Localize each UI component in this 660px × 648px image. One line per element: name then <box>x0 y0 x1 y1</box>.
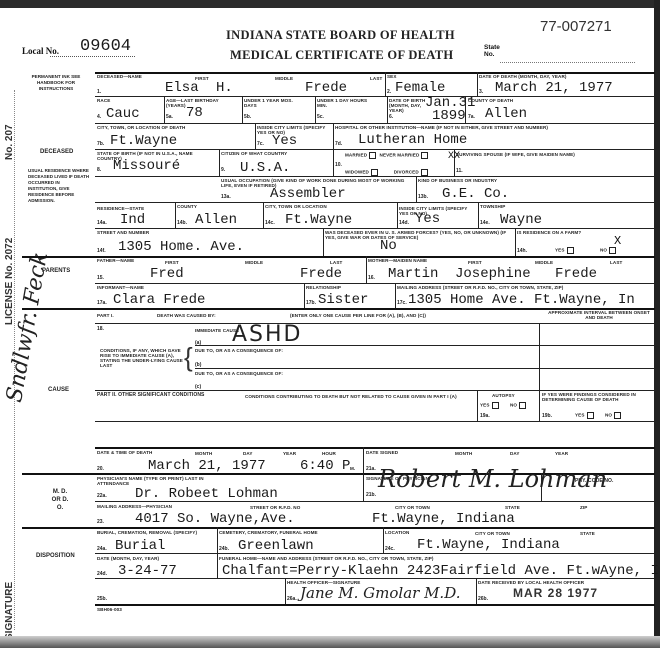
section-disposition: DISPOSITION <box>36 553 75 559</box>
field-num: 14h. <box>517 248 527 254</box>
margin-license: LICENSE No. 2072 <box>4 238 15 325</box>
hour-label: HOUR <box>322 451 336 456</box>
rule <box>22 527 655 529</box>
field-num: 14c. <box>265 220 275 226</box>
rule <box>95 390 655 391</box>
cemetery-label: CEMETERY, CREMATORY, FUNERAL HOME <box>219 530 318 535</box>
city-label: CITY, TOWN, OR LOCATION OF DEATH <box>97 125 185 130</box>
rule-v <box>164 96 165 123</box>
field-num: 7c. <box>257 141 264 147</box>
father-last: Frede <box>300 267 342 281</box>
field-num: 7d. <box>335 141 342 147</box>
res-state: Ind <box>120 213 145 227</box>
county-label: COUNTY OF DEATH <box>468 98 513 103</box>
sex: Female <box>395 81 445 95</box>
rule-v <box>387 96 388 123</box>
rule-v <box>175 202 176 228</box>
res-city: Ft.Wayne <box>285 213 352 227</box>
part1-label: PART I. <box>97 313 114 318</box>
farm-label: IS RESIDENCE ON A FARM? <box>517 230 581 235</box>
informant-label: INFORMANT—NAME <box>97 285 144 290</box>
rule-v <box>366 256 367 283</box>
rule-v <box>397 202 398 228</box>
title-line1: INDIANA STATE BOARD OF HEALTH <box>226 28 455 43</box>
instructions-note: PERMANENT INK SEE HANDBOOK FOR INSTRUCTI… <box>28 74 84 92</box>
section-md-do: M. D. OR D. O. <box>50 488 70 512</box>
caused-by-label: DEATH WAS CAUSED BY: <box>157 313 216 318</box>
location-label: LOCATION <box>385 530 409 535</box>
enter-one-label: (ENTER ONLY ONE CAUSE PER LINE FOR (a), … <box>290 313 426 318</box>
field-num: 4. <box>97 114 101 120</box>
field-num: 23. <box>97 519 104 525</box>
rule-v <box>477 390 478 421</box>
field-num: 14e. <box>480 220 490 226</box>
hospital: Lutheran Home <box>358 133 467 147</box>
field-num: 7a. <box>468 114 475 120</box>
field-num: 17b. <box>306 300 316 306</box>
field-num: 5b. <box>244 114 251 120</box>
rule <box>95 228 655 229</box>
interval-label: APPROXIMATE INTERVAL BETWEEN ONSET AND D… <box>545 310 653 320</box>
signed-day-label: DAY <box>510 451 520 456</box>
mother-label: MOTHER—MAIDEN NAME <box>368 258 427 263</box>
field-num: 14a. <box>97 220 107 226</box>
field-num: 1. <box>97 89 101 95</box>
date-time-label: DATE & TIME OF DEATH <box>97 450 152 455</box>
field-num: 8. <box>97 167 101 173</box>
burial-label: BURIAL, CREMATION, REMOVAL (SPECIFY) <box>97 530 207 535</box>
citizen: U.S.A. <box>240 161 290 175</box>
physician-city: Ft.Wayne, Indiana <box>372 512 515 526</box>
rule <box>95 283 655 284</box>
date-signed-label: DATE SIGNED <box>366 450 398 455</box>
due-to-label-a: DUE TO, OR AS A CONSEQUENCE OF: <box>195 348 283 353</box>
sex-label: SEX <box>387 74 397 79</box>
rule-v <box>315 96 316 123</box>
street-rfd-label: STREET OR R.F.D. NO <box>250 505 300 510</box>
field-num: 21a. <box>366 466 376 472</box>
field-num: 3. <box>479 89 483 95</box>
farm-mark: X <box>614 234 621 248</box>
margin-signature: SIGNATURE <box>4 582 15 640</box>
field-num: 26b. <box>478 596 488 602</box>
field-num: 24a. <box>97 546 107 552</box>
received-label: DATE RECEIVED BY LOCAL HEALTH OFFICER <box>478 580 584 585</box>
county-of-death: Allen <box>485 107 527 121</box>
local-no-line <box>50 56 135 58</box>
field-num: 11. <box>456 168 463 174</box>
field-num: (c) <box>195 384 201 390</box>
loc-city-label: CITY OR TOWN <box>475 531 510 536</box>
armed-label: WAS DECEASED EVER IN U. S. ARMED FORCES?… <box>325 230 513 240</box>
res-inside: Yes <box>415 212 440 226</box>
rule <box>95 96 655 97</box>
rule-v <box>385 72 386 96</box>
rule <box>95 149 655 150</box>
deceased-last: Frede <box>305 81 347 95</box>
middle-label: MIDDLE <box>275 76 293 81</box>
dob-label: DATE OF BIRTH (MONTH, DAY, YEAR) <box>389 98 427 113</box>
race-label: RACE <box>97 98 110 103</box>
part2-label: PART II. OTHER SIGNIFICANT CONDITIONS <box>97 393 205 398</box>
rule-v <box>395 283 396 308</box>
under-1day-label: UNDER 1 DAY HOURS MIN. <box>317 98 377 108</box>
father-middle-label: MIDDLE <box>245 260 263 265</box>
field-num: 20. <box>97 466 104 472</box>
rule <box>95 604 655 606</box>
father-last-label: LAST <box>330 260 342 265</box>
physician-name: Dr. Robeet Lohman <box>135 487 278 501</box>
deceased-middle: H. <box>216 81 233 95</box>
findings-yes[interactable]: YES <box>575 412 596 419</box>
father-first: Fred <box>150 267 184 281</box>
res-county: Allen <box>195 213 237 227</box>
business-label: KIND OF BUSINESS OR INDUSTRY <box>418 178 497 183</box>
findings-no[interactable]: NO <box>605 412 623 419</box>
rule-v <box>383 527 384 553</box>
field-num: 16. <box>368 275 375 281</box>
field-num: 26a. <box>287 596 297 602</box>
res-city-label: CITY, TOWN OR LOCATION <box>265 204 327 209</box>
relationship: Sister <box>318 293 368 307</box>
rule-v <box>539 323 540 390</box>
brace: { <box>184 344 193 370</box>
rule-v <box>333 123 334 150</box>
field-num: 6. <box>389 114 393 120</box>
rule-v <box>539 390 540 421</box>
rule <box>95 123 655 124</box>
local-no: 09604 <box>80 40 131 54</box>
phys-address-label: MAILING ADDRESS—PHYSICIAN <box>97 504 172 509</box>
funeral-home-label: FUNERAL HOME—NAME AND ADDRESS (STREET OR… <box>219 556 649 561</box>
field-num: (a) <box>195 340 201 346</box>
informant: Clara Frede <box>113 293 205 307</box>
zip-label: ZIP <box>580 505 587 510</box>
field-num: 14f. <box>97 248 106 254</box>
inside-city-limits: Yes <box>272 134 297 148</box>
phys-code-label: PHY. CODE NO. <box>575 479 614 484</box>
rule <box>95 421 655 422</box>
birth-state: Missouré <box>113 159 180 173</box>
field-num: 10. <box>335 162 342 168</box>
last-label: LAST <box>370 76 382 81</box>
field-num: 22a. <box>97 493 107 499</box>
rule <box>95 72 655 74</box>
field-num: 21b. <box>366 492 376 498</box>
name-label: DECEASED—NAME <box>97 74 142 79</box>
field-num: 13b. <box>418 194 428 200</box>
rule <box>95 447 655 449</box>
deceased-first: Elsa <box>165 81 199 95</box>
rule-v <box>333 149 334 176</box>
mother-last: Frede <box>555 267 597 281</box>
field-num: 5c. <box>317 114 324 120</box>
health-officer-signature: Jane M. Gmolar M.D. <box>300 584 460 602</box>
field-num: 15. <box>97 275 104 281</box>
disp-date: 3-24-77 <box>118 564 177 578</box>
state-no-label: State No. <box>484 44 504 58</box>
mother-middle: Josephine <box>455 267 531 281</box>
hour-of-death: 6:40 P <box>300 459 350 473</box>
rule-v <box>323 228 324 256</box>
date-of-death-label: DATE OF DEATH (MONTH, DAY, YEAR) <box>479 74 567 79</box>
field-num: 25b. <box>97 596 107 602</box>
under-1yr-label: UNDER 1 YEAR MOS. DAYS <box>244 98 304 108</box>
rule-v <box>263 202 264 228</box>
field-num: 9. <box>221 167 225 173</box>
rule <box>195 368 655 369</box>
farm-no[interactable]: NO <box>600 247 618 254</box>
spouse-label: SURVIVING SPOUSE (IF WIFE, GIVE MAIDEN N… <box>456 152 575 157</box>
rule-v <box>217 527 218 578</box>
mother-middle-label: MIDDLE <box>535 260 553 265</box>
mailing-label: MAILING ADDRESS (STREET OR R.F.D. NO., C… <box>397 285 563 290</box>
father-first-label: FIRST <box>165 260 179 265</box>
rule-v <box>515 228 516 256</box>
field-num: 13a. <box>221 194 231 200</box>
autopsy-no[interactable]: NO <box>510 402 528 409</box>
location: Ft.Wayne, Indiana <box>417 538 560 552</box>
part2-desc: CONDITIONS CONTRIBUTING TO DEATH BUT NOT… <box>245 394 470 399</box>
field-num: 17a. <box>97 300 107 306</box>
section-deceased: DECEASED <box>40 149 73 155</box>
field-num: 17c. <box>397 300 407 306</box>
loc-state-label: STATE <box>580 531 595 536</box>
rule-v <box>478 202 479 228</box>
business: G.E. Co. <box>442 187 509 201</box>
scan-top-edge <box>0 0 660 8</box>
field-num: (b) <box>195 362 201 368</box>
field-num: 14b. <box>177 220 187 226</box>
township-label: TOWNSHIP <box>480 204 505 209</box>
date-of-death: March 21, 1977 <box>495 81 613 95</box>
disp-date-label: DATE (MONTH, DAY, YEAR) <box>97 556 159 561</box>
day-label: DAY <box>243 451 253 456</box>
burial: Burial <box>115 539 165 553</box>
rule-v <box>416 176 417 202</box>
occupation: Assembler <box>270 187 346 201</box>
hour-suffix: M. <box>350 466 355 471</box>
margin-no: No. 207 <box>4 124 15 160</box>
section-cause: CAUSE <box>48 387 69 393</box>
race: Cauc <box>106 107 140 121</box>
cemetery: Greenlawn <box>238 539 314 553</box>
physician-signature: Robert M. Lohman <box>378 465 607 493</box>
rule-v <box>219 149 220 176</box>
marital-widowed[interactable]: WIDOWED DIVORCED <box>345 169 430 176</box>
city-of-death: Ft.Wayne <box>110 134 177 148</box>
relationship-label: RELATIONSHIP <box>306 285 341 290</box>
month-label: MONTH <box>195 451 212 456</box>
rule <box>95 323 655 324</box>
rule-v <box>363 447 364 501</box>
farm-yes[interactable]: YES <box>555 247 576 254</box>
title-line2: MEDICAL CERTIFICATE OF DEATH <box>230 48 453 63</box>
signed-year-label: YEAR <box>555 451 568 456</box>
field-num: 7b. <box>97 141 104 147</box>
autopsy-yes[interactable]: YES <box>480 402 501 409</box>
date-time-of-death: March 21, 1977 <box>148 459 266 473</box>
rule <box>95 176 655 177</box>
state-no-line <box>500 62 635 64</box>
rule-v <box>476 578 477 604</box>
scan-bottom-edge <box>0 636 660 648</box>
scan-right-edge <box>654 0 660 648</box>
rule <box>95 553 655 554</box>
field-num: 24b. <box>219 546 229 552</box>
section-parents: PARENTS <box>42 268 70 274</box>
residence-note: USUAL RESIDENCE WHERE DECEASED LIVED IF … <box>28 168 90 204</box>
mother-last-label: LAST <box>610 260 622 265</box>
field-num: 2. <box>387 89 391 95</box>
age: 78 <box>186 106 203 120</box>
immediate-cause: ASHD <box>232 322 303 347</box>
due-to-label-b: DUE TO, OR AS A CONSEQUENCE OF: <box>195 371 283 376</box>
state-label: STATE <box>505 505 520 510</box>
citizen-label: CITIZEN OF WHAT COUNTRY <box>221 151 287 156</box>
hospital-label: HOSPITAL OR OTHER INSTITUTION—NAME (IF N… <box>335 125 548 130</box>
autopsy-label: AUTOPSY <box>492 393 515 398</box>
signed-month-label: MONTH <box>455 451 472 456</box>
res-state-label: RESIDENCE—STATE <box>97 206 144 211</box>
mailing-address: 1305 Home Ave. Ft.Wayne, In <box>408 293 635 307</box>
field-num: 24c. <box>385 546 395 552</box>
field-num: 14d. <box>399 220 409 226</box>
street: 1305 Home. Ave. <box>118 240 244 254</box>
physician-street: 4017 So. Wayne,Ave. <box>135 512 295 526</box>
local-no-label: Local No. <box>22 46 59 56</box>
street-label: STREET AND NUMBER <box>97 230 149 235</box>
rule <box>95 202 655 203</box>
rule-v <box>285 578 286 604</box>
armed-forces: No <box>380 239 397 253</box>
field-num: 18. <box>97 326 104 332</box>
rule-v <box>242 96 243 123</box>
city-town-label: CITY OR TOWN <box>395 505 430 510</box>
received-date-stamp: MAR 28 1977 <box>513 586 598 600</box>
year-label: YEAR <box>283 451 296 456</box>
rule-v <box>255 123 256 150</box>
funeral-home: Chalfant=Perry-Klaehn 2423Fairfield Ave.… <box>222 564 660 578</box>
res-county-label: COUNTY <box>177 204 197 209</box>
field-num: 19a. <box>480 413 490 419</box>
findings-label: IF YES WERE FINDINGS CONSIDERED IN DETER… <box>542 392 650 402</box>
marital-married[interactable]: MARRIED NEVER MARRIED <box>345 152 430 159</box>
field-num: 5a. <box>166 114 173 120</box>
rule-v <box>304 283 305 308</box>
mother-first-label: FIRST <box>468 260 482 265</box>
form-number: SBH06-003 <box>97 607 122 612</box>
dob-year: 1899 <box>432 109 466 123</box>
conditions-note: CONDITIONS, IF ANY, WHICH GAVE RISE TO I… <box>100 348 184 368</box>
father-label: FATHER—NAME <box>97 258 134 263</box>
field-num: 24d. <box>97 571 107 577</box>
field-num: 19b. <box>542 413 552 419</box>
rule-v <box>477 72 478 96</box>
township: Wayne <box>500 213 542 227</box>
physician-name-label: PHYSICIAN'S NAME (TYPE OR PRINT) LAST IN… <box>97 476 207 486</box>
state-no: 77-007271 <box>540 18 612 35</box>
mother-first: Martin <box>388 267 438 281</box>
